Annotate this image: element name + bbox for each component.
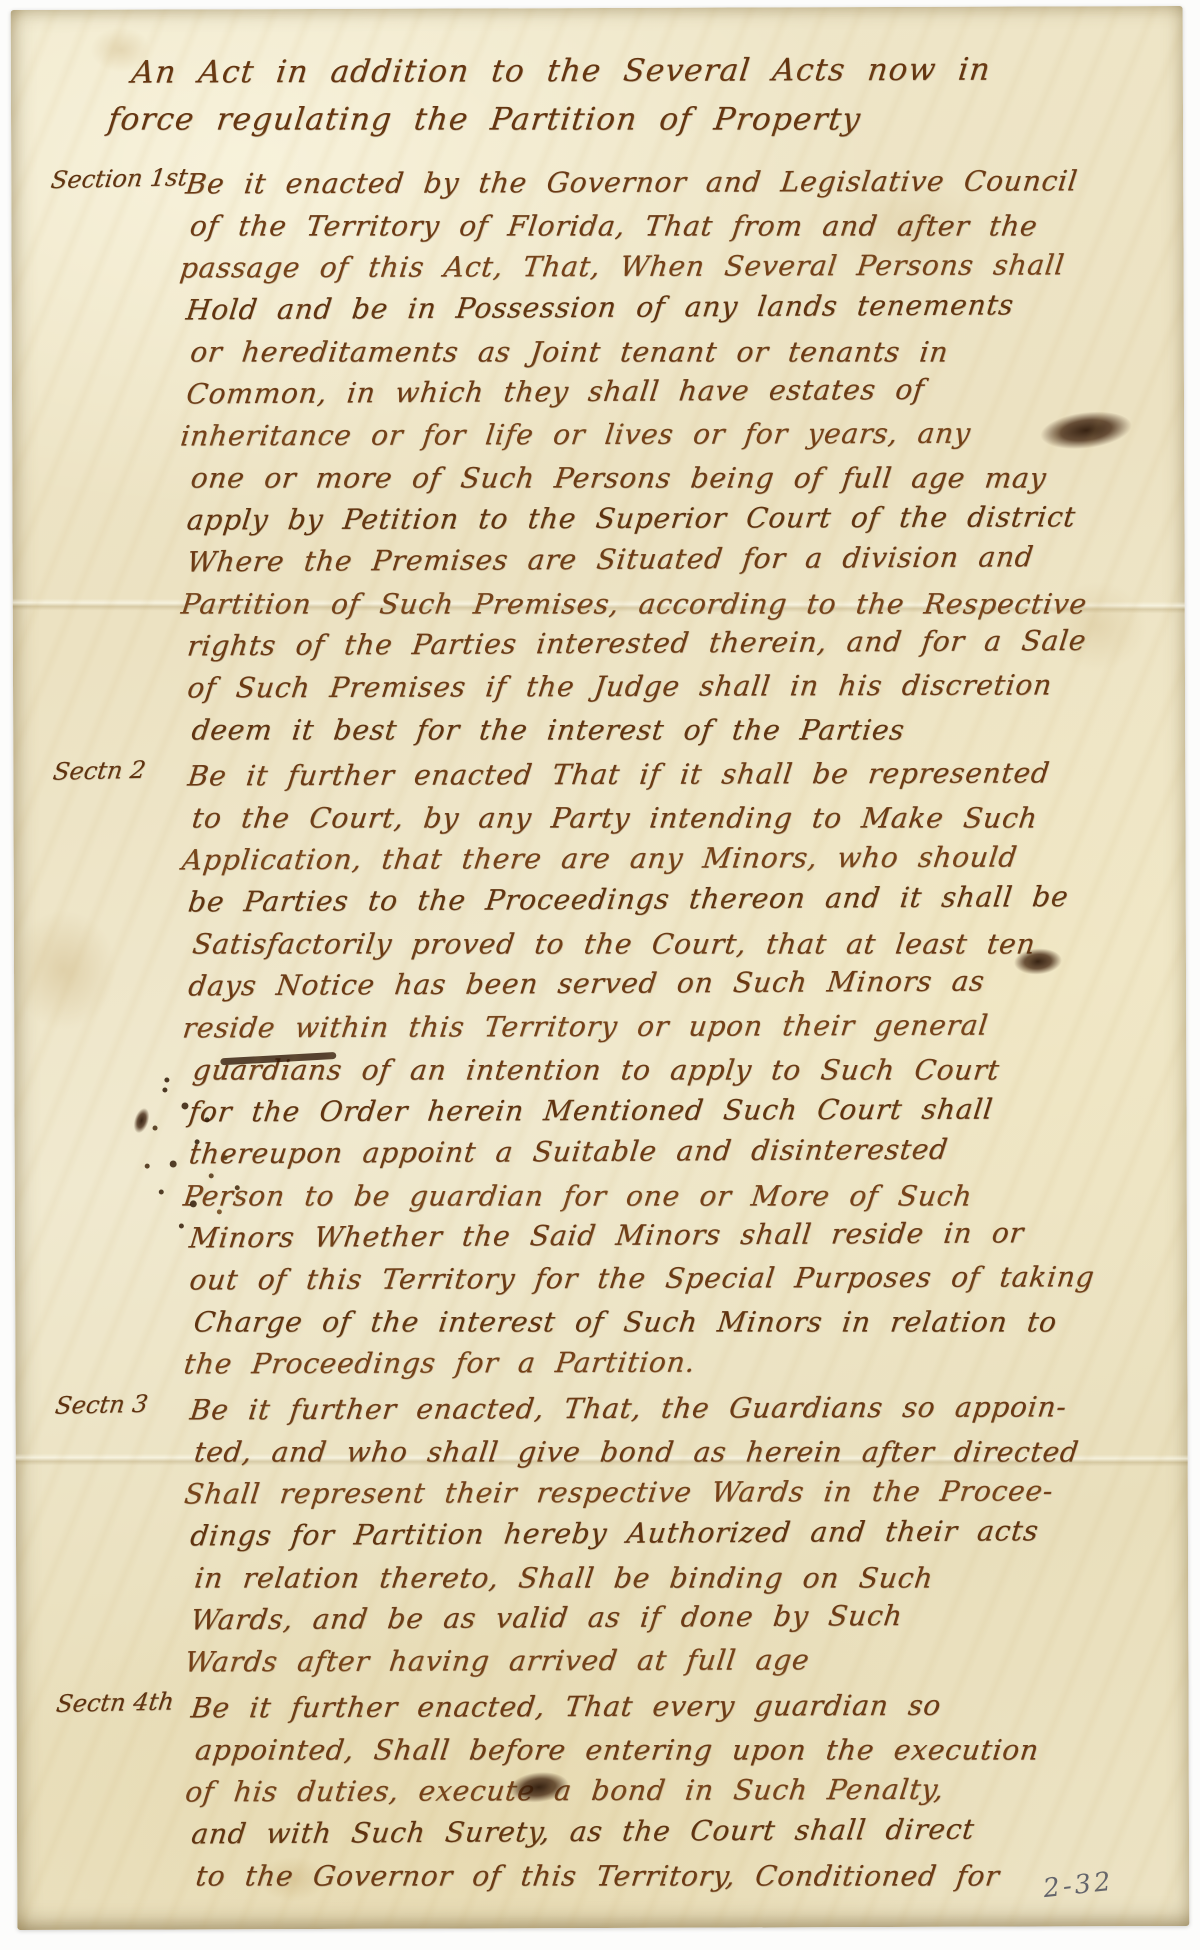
pencil-annotation: 2-32 — [1041, 1867, 1114, 1904]
manuscript-line: Be it enacted by the Governor and Legisl… — [183, 160, 1168, 205]
manuscript-line: in relation thereto, Shall be binding on… — [192, 1557, 1173, 1599]
manuscript-line: Shall represent their respective Wards i… — [182, 1470, 1173, 1515]
manuscript-line: the Proceedings for a Partition. — [181, 1340, 1172, 1385]
manuscript-line: Be it further enacted, That, the Guardia… — [188, 1386, 1173, 1431]
scanned-document: { "document": { "title_lines": [ "An Act… — [0, 0, 1200, 1950]
manuscript-line: thereupon appoint a Suitable and disinte… — [187, 1127, 1172, 1175]
title-line: An Act in addition to the Several Acts n… — [129, 46, 1115, 96]
manuscript-line: of Such Premises if the Judge shall in h… — [185, 664, 1170, 709]
title-line: force regulating the Partition of Proper… — [105, 97, 1114, 144]
manuscript-line: passage of this Act, That, When Several … — [178, 244, 1169, 289]
manuscript-line: Be it further enacted That if it shall b… — [185, 752, 1170, 797]
foxing-stain — [0, 890, 134, 1050]
section-3-label: Sectn 3 — [53, 1390, 149, 1420]
manuscript-line: Person to be guardian for one or More of… — [181, 1175, 1172, 1217]
manuscript-line: rights of the Parties interested therein… — [185, 619, 1170, 667]
manuscript-page: An Act in addition to the Several Acts n… — [11, 6, 1190, 1930]
manuscript-line: Wards after having arrived at full age — [182, 1638, 1173, 1683]
manuscript-line: Be it further enacted, That every guardi… — [189, 1684, 1174, 1729]
manuscript-line: Wards, and be as valid as if done by Suc… — [188, 1593, 1173, 1641]
manuscript-line: dings for Partition hereby Authorized an… — [188, 1509, 1173, 1557]
ink-speckles — [164, 1078, 169, 1083]
manuscript-line: Partition of Such Premises, according to… — [179, 583, 1170, 625]
manuscript-line: of his duties, execute a bond in Such Pe… — [183, 1768, 1174, 1813]
manuscript-line: Application, that there are any Minors, … — [180, 836, 1171, 881]
section-1: Section 1st Be it enacted by the Governo… — [183, 160, 1165, 751]
section-2-label: Sectn 2 — [51, 756, 147, 786]
manuscript-line: to the Court, by any Party intending to … — [190, 797, 1171, 839]
manuscript-line: appointed, Shall before entering upon th… — [193, 1729, 1174, 1771]
manuscript-line: Charge of the interest of Such Minors in… — [191, 1301, 1172, 1343]
section-2: Sectn 2 Be it further enacted That if it… — [185, 752, 1167, 1385]
manuscript-body: Section 1st Be it enacted by the Governo… — [183, 160, 1169, 1901]
ink-blot — [131, 1106, 152, 1135]
section-3: Sectn 3 Be it further enacted, That, the… — [187, 1386, 1168, 1683]
manuscript-line: and with Such Surety, as the Court shall… — [189, 1807, 1174, 1855]
manuscript-line: Where the Premises are Situated for a di… — [185, 535, 1170, 583]
manuscript-line: of the Territory of Florida, That from a… — [187, 205, 1168, 247]
manuscript-line: for the Order herein Mentioned Such Cour… — [187, 1088, 1172, 1133]
manuscript-line: out of this Territory for the Special Pu… — [187, 1256, 1172, 1301]
section-1-label: Section 1st — [49, 163, 189, 194]
manuscript-line: apply by Petition to the Superior Court … — [185, 496, 1170, 541]
manuscript-line: to the Governor of this Territory, Condi… — [193, 1855, 1174, 1897]
manuscript-line: Minors Whether the Said Minors shall res… — [187, 1211, 1172, 1259]
section-4-label: Sectn 4th — [54, 1687, 175, 1717]
manuscript-line: Common, in which they shall have estates… — [184, 367, 1169, 415]
manuscript-line: or hereditaments as Joint tenant or tena… — [188, 331, 1169, 373]
document-title: An Act in addition to the Several Acts n… — [129, 46, 1109, 143]
manuscript-line: Hold and be in Possession of any lands t… — [184, 283, 1169, 331]
manuscript-line: inheritance or for life or lives or for … — [178, 412, 1169, 457]
section-4: Sectn 4th Be it further enacted, That ev… — [189, 1684, 1170, 1897]
manuscript-line: reside within this Territory or upon the… — [180, 1004, 1171, 1049]
manuscript-line: deem it best for the interest of the Par… — [189, 709, 1170, 751]
manuscript-line: one or more of Such Persons being of ful… — [188, 457, 1169, 499]
manuscript-line: guardians of an intention to apply to Su… — [190, 1049, 1171, 1091]
manuscript-line: ted, and who shall give bond as herein a… — [192, 1431, 1173, 1473]
manuscript-line: be Parties to the Proceedings thereon an… — [186, 875, 1171, 923]
